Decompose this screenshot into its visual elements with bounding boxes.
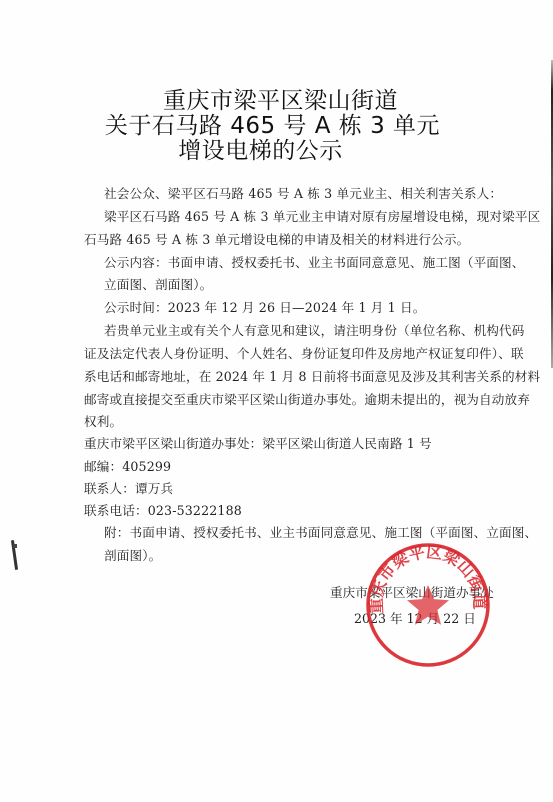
body-line: 系电话和邮寄地址，在 2024 年 1 月 8 日前将书面意见及涉及其利害关系的… — [84, 369, 540, 385]
contact-phone: 联系电话：023-53222188 — [84, 503, 242, 519]
notice-content-line: 公示内容：书面申请、授权委托书、业主书面同意意见、施工图（平面图、 — [104, 255, 525, 271]
body-line: 证及法定代表人身份证明、个人姓名、身份证复印件及房地产权证复印件）、联 — [84, 346, 524, 362]
official-seal-icon: 重庆市梁平区梁山街道办事处 — [364, 541, 492, 669]
postal-code: 邮编：405299 — [84, 459, 171, 475]
body-line: 权利。 — [84, 414, 122, 430]
staple-mark-dot — [13, 544, 17, 548]
signature-date: 2023 年 12 月 22 日 — [354, 611, 476, 627]
office-address: 重庆市梁平区梁山街道办事处：梁平区梁山街道人民南路 1 号 — [84, 436, 432, 452]
body-line: 石马路 465 号 A 栋 3 单元增设电梯的申请及相关的材料进行公示。 — [84, 232, 469, 248]
contact-person: 联系人：谭万兵 — [84, 481, 173, 497]
signature-issuer: 重庆市梁平区梁山街道办事处 — [330, 585, 494, 601]
title-line-3: 增设电梯的公示 — [0, 138, 537, 164]
seal-text: 重庆市梁平区梁山街道办事处 — [364, 541, 489, 615]
attachments-line: 附：书面申请、授权委托书、业主书面同意意见、施工图（平面图、立面图、 — [104, 525, 537, 541]
title-line-1: 重庆市梁平区梁山街道 — [4, 88, 553, 114]
title-line-2: 关于石马路 465 号 A 栋 3 单元 — [0, 113, 549, 139]
body-line: 梁平区石马路 465 号 A 栋 3 单元业主申请对原有房屋增设电梯，现对梁平区 — [104, 209, 540, 225]
document-page: 重庆市梁平区梁山街道 关于石马路 465 号 A 栋 3 单元 增设电梯的公示 … — [0, 0, 553, 802]
notice-content-line: 立面图、剖面图）。 — [104, 277, 212, 293]
body-line: 若贵单元业主或有关个人有意见和建议，请注明身份（单位名称、机构代码 — [104, 323, 525, 339]
notice-period: 公示时间：2023 年 12 月 26 日—2024 年 1 月 1 日。 — [104, 300, 425, 316]
svg-text:重庆市梁平区梁山街道办事处: 重庆市梁平区梁山街道办事处 — [364, 541, 489, 615]
attachments-line: 剖面图）。 — [104, 548, 161, 564]
salutation: 社会公众、梁平区石马路 465 号 A 栋 3 单元业主、相关利害关系人： — [104, 186, 502, 202]
body-line: 邮寄或直接提交至重庆市梁平区梁山街道办事处。逾期未提出的，视为自动放弃 — [84, 392, 530, 408]
